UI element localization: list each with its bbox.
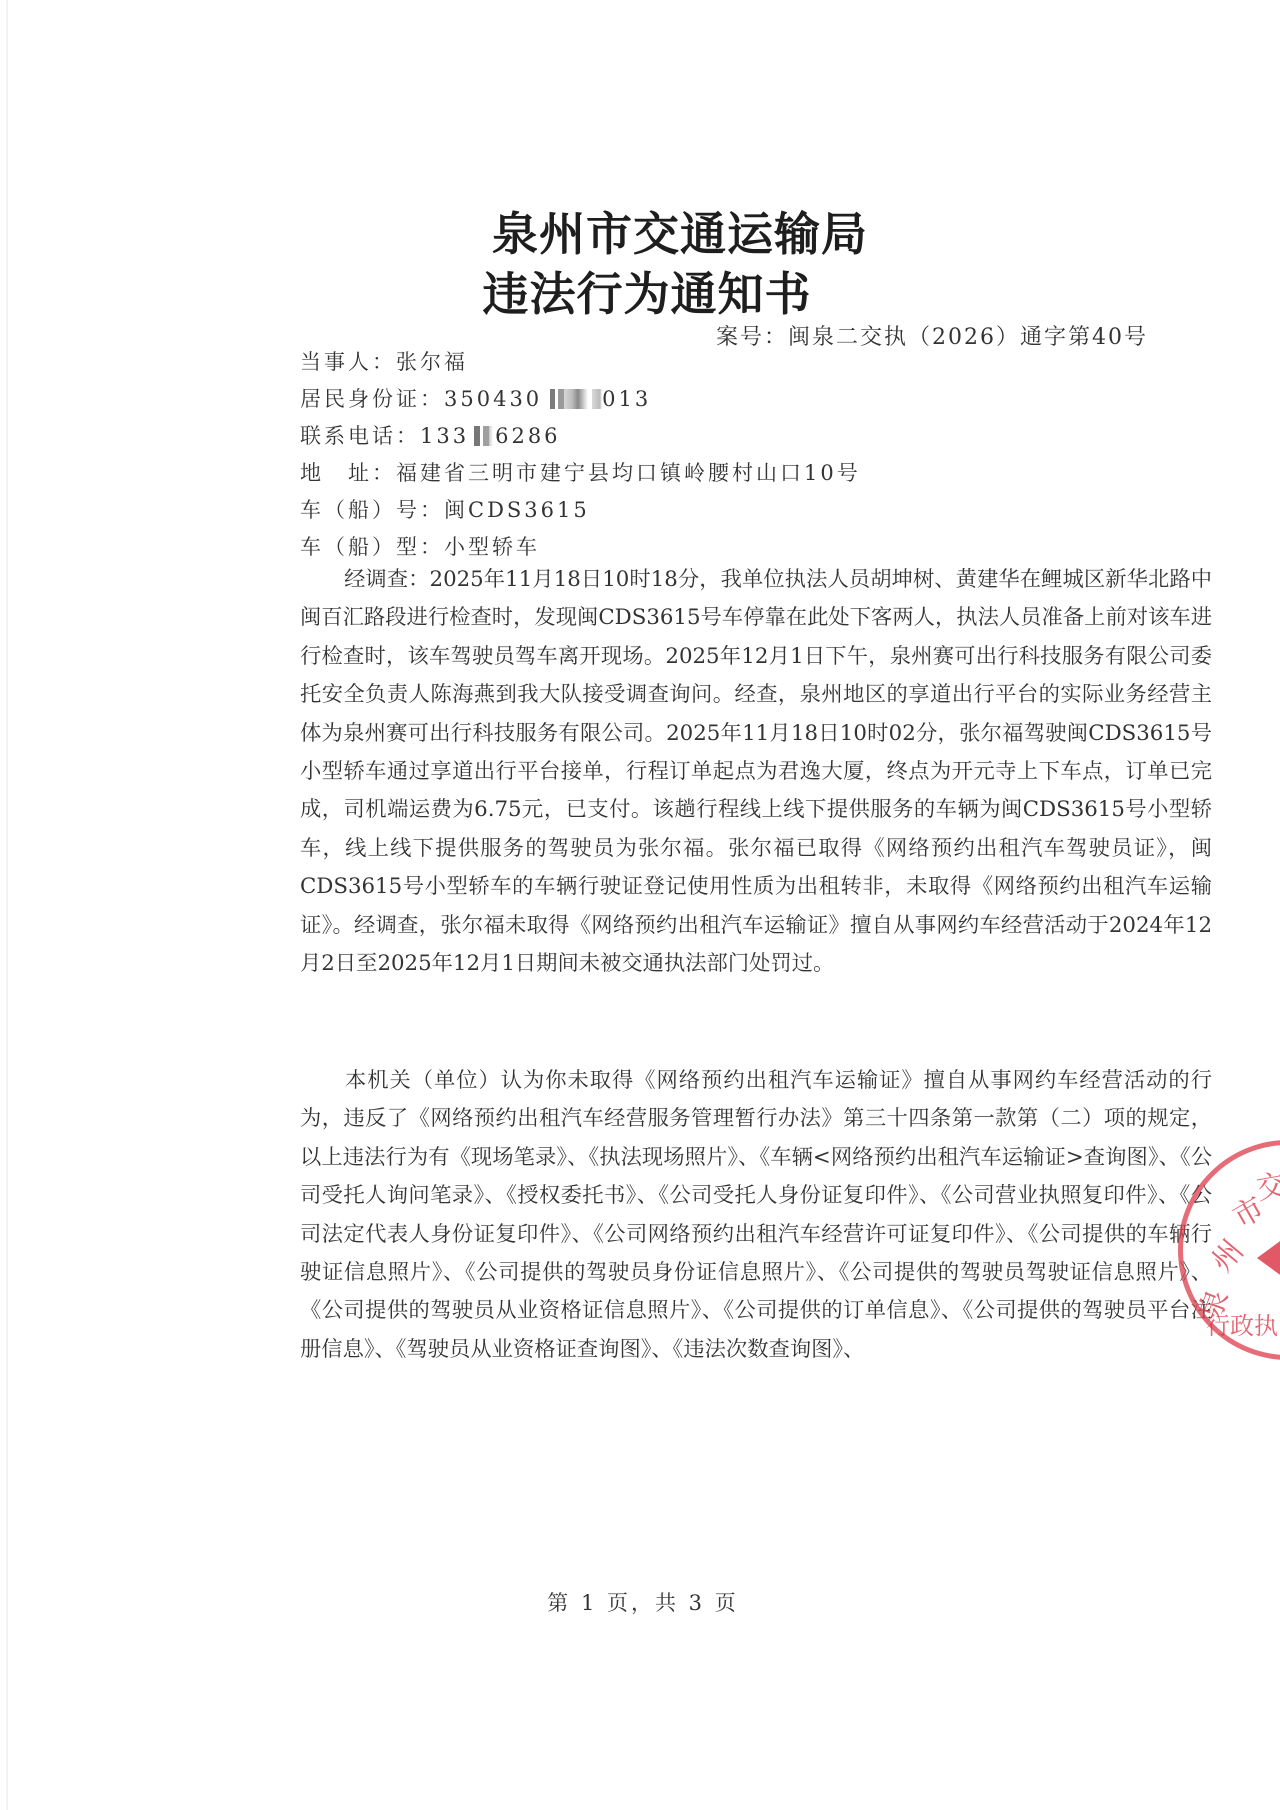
field-vehicle-type-value: 小型轿车 xyxy=(444,535,540,559)
investigation-text: 经调查：2025年11月18日10时18分，我单位执法人员胡坤树、黄建华在鲤城区… xyxy=(300,567,1212,976)
field-id-card-suffix: 013 xyxy=(602,387,651,411)
field-plate-value: 闽CDS3615 xyxy=(444,498,590,522)
field-party-label: 当事人： xyxy=(300,350,396,374)
issuer-title: 泉州市交通运输局 xyxy=(0,198,1280,264)
case-number: 案号：闽泉二交执（2026）通字第40号 xyxy=(716,320,1148,351)
determination-paragraph: 本机关（单位）认为你未取得《网络预约出租汽车运输证》擅自从事网约车经营活动的行为… xyxy=(300,1062,1212,1369)
field-address: 地 址：福建省三明市建宁县均口镇岭腰村山口10号 xyxy=(300,457,861,487)
field-phone-prefix: 133 xyxy=(420,424,469,448)
field-id-card-label: 居民身份证： xyxy=(300,387,444,411)
field-address-label: 地 址： xyxy=(300,461,396,485)
redaction-mosaic-icon xyxy=(469,426,495,446)
field-id-card: 居民身份证：350430013 xyxy=(300,383,651,413)
field-vehicle-type-label: 车（船）型： xyxy=(300,535,444,559)
document-type-title: 违法行为通知书 xyxy=(0,258,1280,324)
field-address-value: 福建省三明市建宁县均口镇岭腰村山口10号 xyxy=(396,461,861,485)
field-phone-suffix: 6286 xyxy=(495,424,560,448)
field-plate: 车（船）号：闽CDS3615 xyxy=(300,494,590,524)
field-party-value: 张尔福 xyxy=(396,350,468,374)
field-id-card-prefix: 350430 xyxy=(444,387,542,411)
field-phone: 联系电话：1336286 xyxy=(300,420,561,450)
field-phone-label: 联系电话： xyxy=(300,424,420,448)
field-party: 当事人：张尔福 xyxy=(300,346,468,376)
determination-text: 本机关（单位）认为你未取得《网络预约出租汽车运输证》擅自从事网约车经营活动的行为… xyxy=(300,1068,1212,1362)
seal-star-icon xyxy=(1257,1236,1280,1280)
field-plate-label: 车（船）号： xyxy=(300,498,444,522)
investigation-paragraph: 经调查：2025年11月18日10时18分，我单位执法人员胡坤树、黄建华在鲤城区… xyxy=(300,561,1212,983)
redaction-mosaic-icon xyxy=(542,389,602,409)
page-number: 第 1 页，共 3 页 xyxy=(0,1587,1280,1617)
field-vehicle-type: 车（船）型：小型轿车 xyxy=(300,531,540,561)
seal-bottom-text: 行政执 xyxy=(1206,1306,1278,1341)
